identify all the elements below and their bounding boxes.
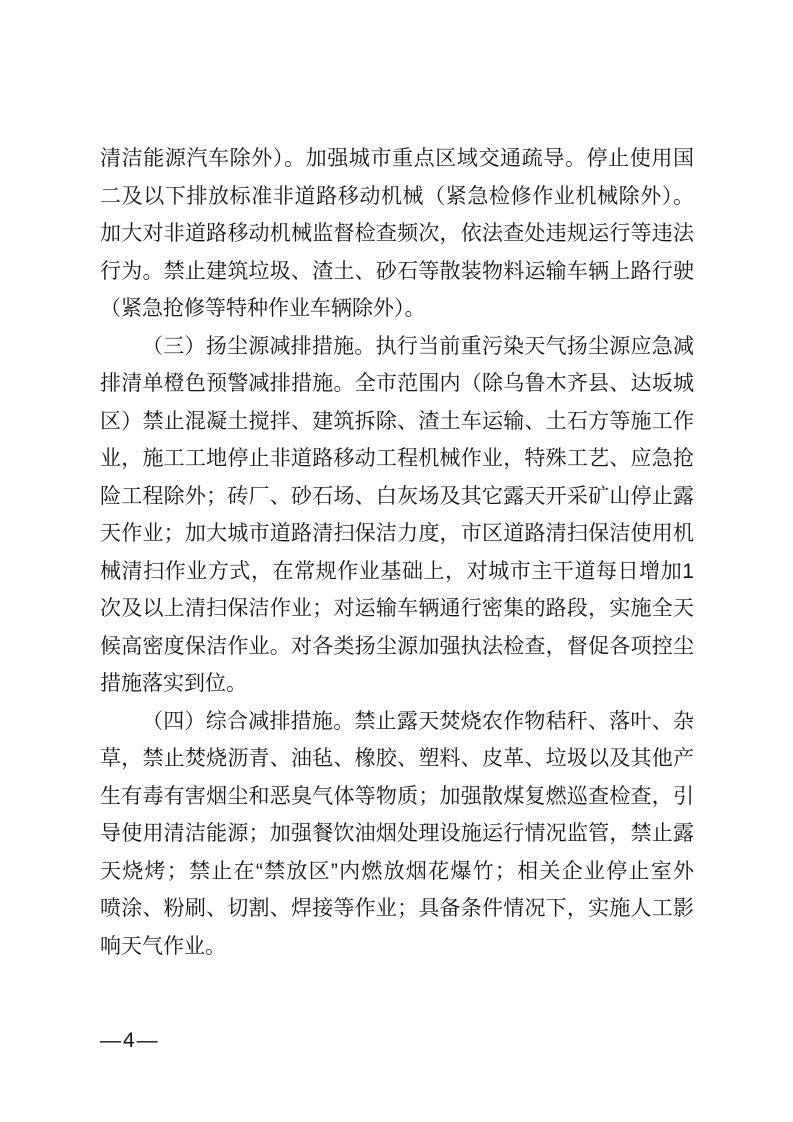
body-text: 清洁能源汽车除外）。加强城市重点区域交通疏导。停止使用国 二及以下排放标准非道路…	[100, 140, 694, 965]
text-line: 次及以上清扫保洁作业；对运输车辆通行密集的路段，实施全天	[100, 590, 694, 628]
paragraph-section-3: （三）扬尘源减排措施。执行当前重污染天气扬尘源应急减 排清单橙色预警减排措施。全…	[100, 328, 694, 703]
text-line: 措施落实到位。	[100, 665, 694, 703]
document-page: 清洁能源汽车除外）。加强城市重点区域交通疏导。停止使用国 二及以下排放标准非道路…	[0, 0, 793, 1122]
text-line: 候高密度保洁作业。对各类扬尘源加强执法检查，督促各项控尘	[100, 628, 694, 666]
text-line: 喷涂、粉刷、切割、焊接等作业；具备条件情况下，实施人工影	[100, 890, 694, 928]
paragraph-section-4: （四）综合减排措施。禁止露天焚烧农作物秸秆、落叶、杂 草，禁止焚烧沥青、油毡、橡…	[100, 703, 694, 966]
text-line: （三）扬尘源减排措施。执行当前重污染天气扬尘源应急减	[100, 328, 694, 366]
text-line: （四）综合减排措施。禁止露天焚烧农作物秸秆、落叶、杂	[100, 703, 694, 741]
text-line: （紧急抢修等特种作业车辆除外）。	[100, 290, 694, 328]
text-line: 排清单橙色预警减排措施。全市范围内（除乌鲁木齐县、达坂城	[100, 365, 694, 403]
text-line: 导使用清洁能源；加强餐饮油烟处理设施运行情况监管，禁止露	[100, 815, 694, 853]
text-line: 行为。禁止建筑垃圾、渣土、砂石等散装物料运输车辆上路行驶	[100, 253, 694, 291]
text-line: 天作业；加大城市道路清扫保洁力度，市区道路清扫保洁使用机	[100, 515, 694, 553]
text-line: 生有毒有害烟尘和恶臭气体等物质；加强散煤复燃巡查检查，引	[100, 778, 694, 816]
text-line: 清洁能源汽车除外）。加强城市重点区域交通疏导。停止使用国	[100, 140, 694, 178]
text-line: 二及以下排放标准非道路移动机械（紧急检修作业机械除外）。	[100, 178, 694, 216]
text-line: 响天气作业。	[100, 928, 694, 966]
text-line: 天烧烤；禁止在“禁放区”内燃放烟花爆竹；相关企业停止室外	[100, 853, 694, 891]
text-line: 加大对非道路移动机械监督检查频次，依法查处违规运行等违法	[100, 215, 694, 253]
text-line: 械清扫作业方式，在常规作业基础上，对城市主干道每日增加1	[100, 553, 694, 591]
text-line: 险工程除外；砖厂、砂石场、白灰场及其它露天开采矿山停止露	[100, 478, 694, 516]
text-line: 草，禁止焚烧沥青、油毡、橡胶、塑料、皮革、垃圾以及其他产	[100, 740, 694, 778]
text-line: 业，施工工地停止非道路移动工程机械作业，特殊工艺、应急抢	[100, 440, 694, 478]
page-number: —4—	[100, 1029, 160, 1053]
paragraph-continuation: 清洁能源汽车除外）。加强城市重点区域交通疏导。停止使用国 二及以下排放标准非道路…	[100, 140, 694, 328]
text-line: 区）禁止混凝土搅拌、建筑拆除、渣土车运输、土石方等施工作	[100, 403, 694, 441]
